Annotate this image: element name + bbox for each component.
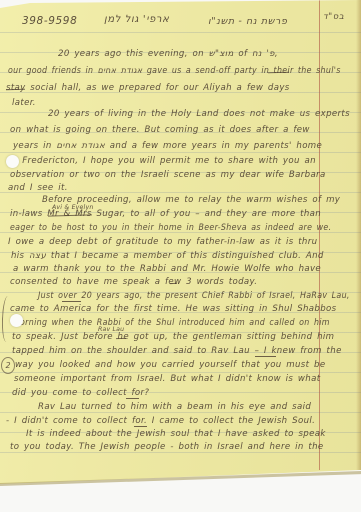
letter-line: our good friends in אגודת אחים gave us a… [8,67,341,76]
letter-line: Rav Lau turned to him with a beam in his… [38,403,311,412]
letter-line: on what is going on there. But coming as… [10,126,310,135]
letter-line: morning when the Rabbi of the Shul intro… [12,319,330,328]
letter-line: in Fredericton, I hope you will permit m… [9,157,316,166]
letter-line: way you looked and how you carried yours… [15,361,325,370]
underline-mark [62,301,81,302]
strikethrough-mark [170,283,177,284]
letter-line: his עצה that I became a member of this d… [11,252,324,261]
margin-circled-number: 2 [1,357,15,374]
insertion-rav-lau: Rav Lau [98,326,124,333]
hole-punch [6,155,19,168]
legal-pad-paper: 398-9598 ארפי' גול למן פרשת נח - תשנ"ו ב… [0,0,361,488]
letter-line: 20 years of living in the Holy Land does… [48,110,350,119]
letter-line: eager to be host to you in their home in… [10,224,331,233]
letter-line: stay social hall, as we prepared for our… [6,84,290,93]
letter-line: someone important from Israel. But what … [14,375,320,384]
letter-line: I owe a deep debt of gratitude to my fat… [8,238,317,247]
underline-mark [255,356,276,357]
letter-line: came to America for the first time. He w… [10,305,336,314]
letter-line: It is indeed about the Jewish soul that … [26,430,326,439]
letter-line: Just over 20 years ago, the present Chie… [38,292,350,301]
letter-line: to you today. The Jewish people - both i… [10,443,324,452]
letter-line: - I didn't come to collect for. I came t… [6,417,315,426]
letter-line: years in אגודת אחים and a few more years… [13,142,322,151]
hole-punch [10,314,23,327]
strikethrough-mark [116,338,126,340]
letter-line: later. [12,99,36,108]
letter-line: did you come to collect for? [12,389,149,398]
paper-right-edge-shadow [356,0,361,470]
insertion-above-inlaws: Avi & Evelyn [52,204,93,211]
letter-line: 20 years ago this evening, on מוצ"ש of פ… [58,50,278,59]
header-hebrew-name: ארפי' גול למן [104,14,169,25]
letter-line: tapped him on the shoulder and said to R… [12,347,342,356]
underline-mark [126,398,139,399]
bsd-mark: בס"ד [323,12,344,22]
letter-line: to speak. Just before he got up, the gen… [12,333,334,342]
letter-line: consented to have me speak a few 3 words… [10,278,257,287]
letter-line: in-laws Mr & Mrs Sugar, to all of you – … [10,210,321,219]
letter-line: and I see it. [8,184,68,193]
header-hebrew-date: פרשת נח - תשנ"ו [208,16,288,27]
letter-line: a warm thank you to the Rabbi and Mr. Ho… [13,265,321,274]
underline-mark [134,426,147,427]
phone-number: 398-9598 [22,15,77,27]
letter-line: observation or two on the Israeli scene … [10,171,326,180]
